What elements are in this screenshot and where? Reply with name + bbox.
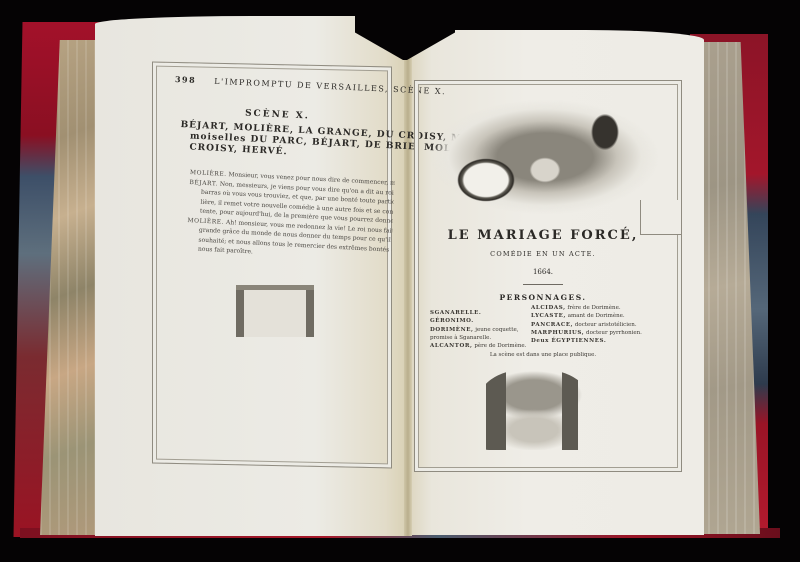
stage-curtain-vignette	[236, 285, 314, 337]
personnages-right-column: ALCIDAS, frère de Dorimène. LYCASTE, ama…	[531, 304, 661, 345]
character-entry: DORIMÈNE, jeune coquette, promise à Sgan…	[430, 326, 540, 343]
personnages-left-column: SGANARELLE. GÉRONIMO. DORIMÈNE, jeune co…	[430, 309, 540, 350]
page-number: 398	[175, 74, 197, 85]
character-entry: Deux ÉGYPTIENNES.	[531, 337, 661, 345]
garden-statue-vignette	[478, 370, 590, 450]
headpiece-engraving	[425, 92, 665, 222]
character-entry: MARPHURIUS, docteur pyrrhonien.	[531, 329, 661, 337]
character-entry: ALCIDAS, frère de Dorimène.	[531, 304, 661, 312]
personnages-heading: PERSONNAGES.	[436, 293, 650, 302]
character-entry: SGANARELLE.	[430, 309, 540, 317]
character-entry: ALCANTOR, père de Dorimène.	[430, 342, 540, 350]
book-gutter	[404, 20, 412, 536]
play-title: LE MARIAGE FORCÉ,	[436, 228, 650, 243]
play-year: 1664.	[436, 268, 650, 276]
character-entry: LYCASTE, amant de Dorimène.	[531, 312, 661, 320]
character-entry: GÉRONIMO.	[430, 317, 540, 325]
divider-rule	[523, 284, 563, 285]
setting-note: La scène est dans une place publique.	[436, 352, 650, 358]
play-subtitle: COMÉDIE EN UN ACTE.	[436, 250, 650, 258]
dialogue-block: MOLIÈRE. Monsieur, vous venez pour nous …	[186, 168, 395, 264]
character-entry: PANCRACE, docteur aristotélicien.	[531, 321, 661, 329]
